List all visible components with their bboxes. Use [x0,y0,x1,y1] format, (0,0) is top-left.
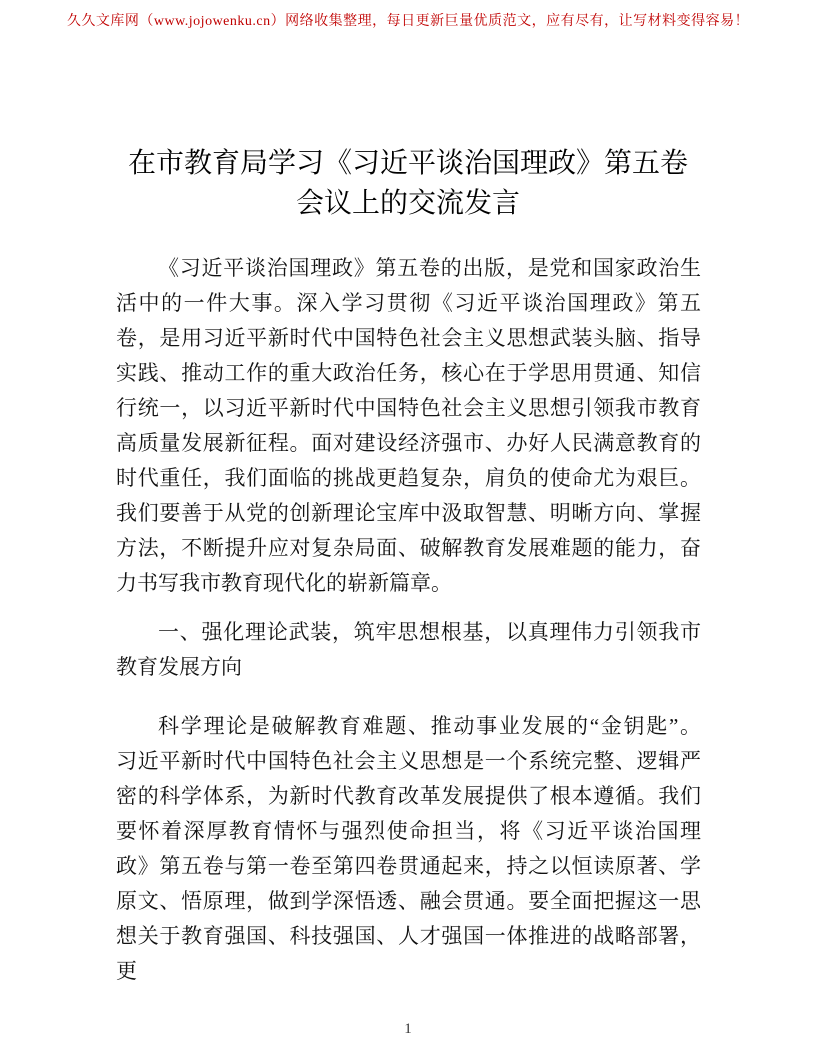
page-title: 在市教育局学习《习近平谈治国理政》第五卷会议上的交流发言 [115,144,701,224]
text-line: 科学理论是破解教育难题、推动事业发展的“金钥匙”。 [116,709,701,744]
text-line: 活中的一件大事。深入学习贯彻《习近平谈治国理政》第五 [116,286,701,321]
header-notice: 久久文库网（www.jojowenku.cn）网络收集整理，每日更新巨量优质范文… [0,0,816,32]
page-number: 1 [0,1021,816,1038]
text-line: 要怀着深厚教育情怀与强烈使命担当，将《习近平谈治国理 [116,814,701,849]
title-line: 会议上的交流发言 [115,184,701,224]
text-line: 力书写我市教育现代化的崭新篇章。 [116,566,701,601]
text-line: 我们要善于从党的创新理论宝库中汲取智慧、明晰方向、掌握 [116,496,701,531]
text-line: 习近平新时代中国特色社会主义思想是一个系统完整、逻辑严 [116,744,701,779]
text-line: 一、强化理论武装，筑牢思想根基，以真理伟力引领我市 [116,615,701,650]
paragraph-block: 《习近平谈治国理政》第五卷的出版，是党和国家政治生活中的一件大事。深入学习贯彻《… [116,251,701,601]
text-line: 想关于教育强国、科技强国、人才强国一体推进的战略部署， [116,919,701,954]
document-body: 《习近平谈治国理政》第五卷的出版，是党和国家政治生活中的一件大事。深入学习贯彻《… [116,251,701,989]
text-line: 政》第五卷与第一卷至第四卷贯通起来，持之以恒读原著、学 [116,849,701,884]
text-line: 方法，不断提升应对复杂局面、破解教育发展难题的能力，奋 [116,531,701,566]
text-line: 更 [116,954,701,989]
text-line: 卷，是用习近平新时代中国特色社会主义思想武装头脑、指导 [116,321,701,356]
paragraph-block: 科学理论是破解教育难题、推动事业发展的“金钥匙”。习近平新时代中国特色社会主义思… [116,709,701,989]
text-line: 密的科学体系，为新时代教育改革发展提供了根本遵循。我们 [116,779,701,814]
text-line: 高质量发展新征程。面对建设经济强市、办好人民满意教育的 [116,426,701,461]
heading-block: 一、强化理论武装，筑牢思想根基，以真理伟力引领我市教育发展方向 [116,615,701,685]
text-line: 《习近平谈治国理政》第五卷的出版，是党和国家政治生 [116,251,701,286]
title-line: 在市教育局学习《习近平谈治国理政》第五卷 [115,144,701,184]
document-page: 久久文库网（www.jojowenku.cn）网络收集整理，每日更新巨量优质范文… [0,0,816,1056]
text-line: 原文、悟原理，做到学深悟透、融会贯通。要全面把握这一思 [116,884,701,919]
text-line: 实践、推动工作的重大政治任务，核心在于学思用贯通、知信 [116,356,701,391]
text-line: 行统一，以习近平新时代中国特色社会主义思想引领我市教育 [116,391,701,426]
text-line: 时代重任，我们面临的挑战更趋复杂，肩负的使命尤为艰巨。 [116,461,701,496]
text-line: 教育发展方向 [116,650,701,685]
